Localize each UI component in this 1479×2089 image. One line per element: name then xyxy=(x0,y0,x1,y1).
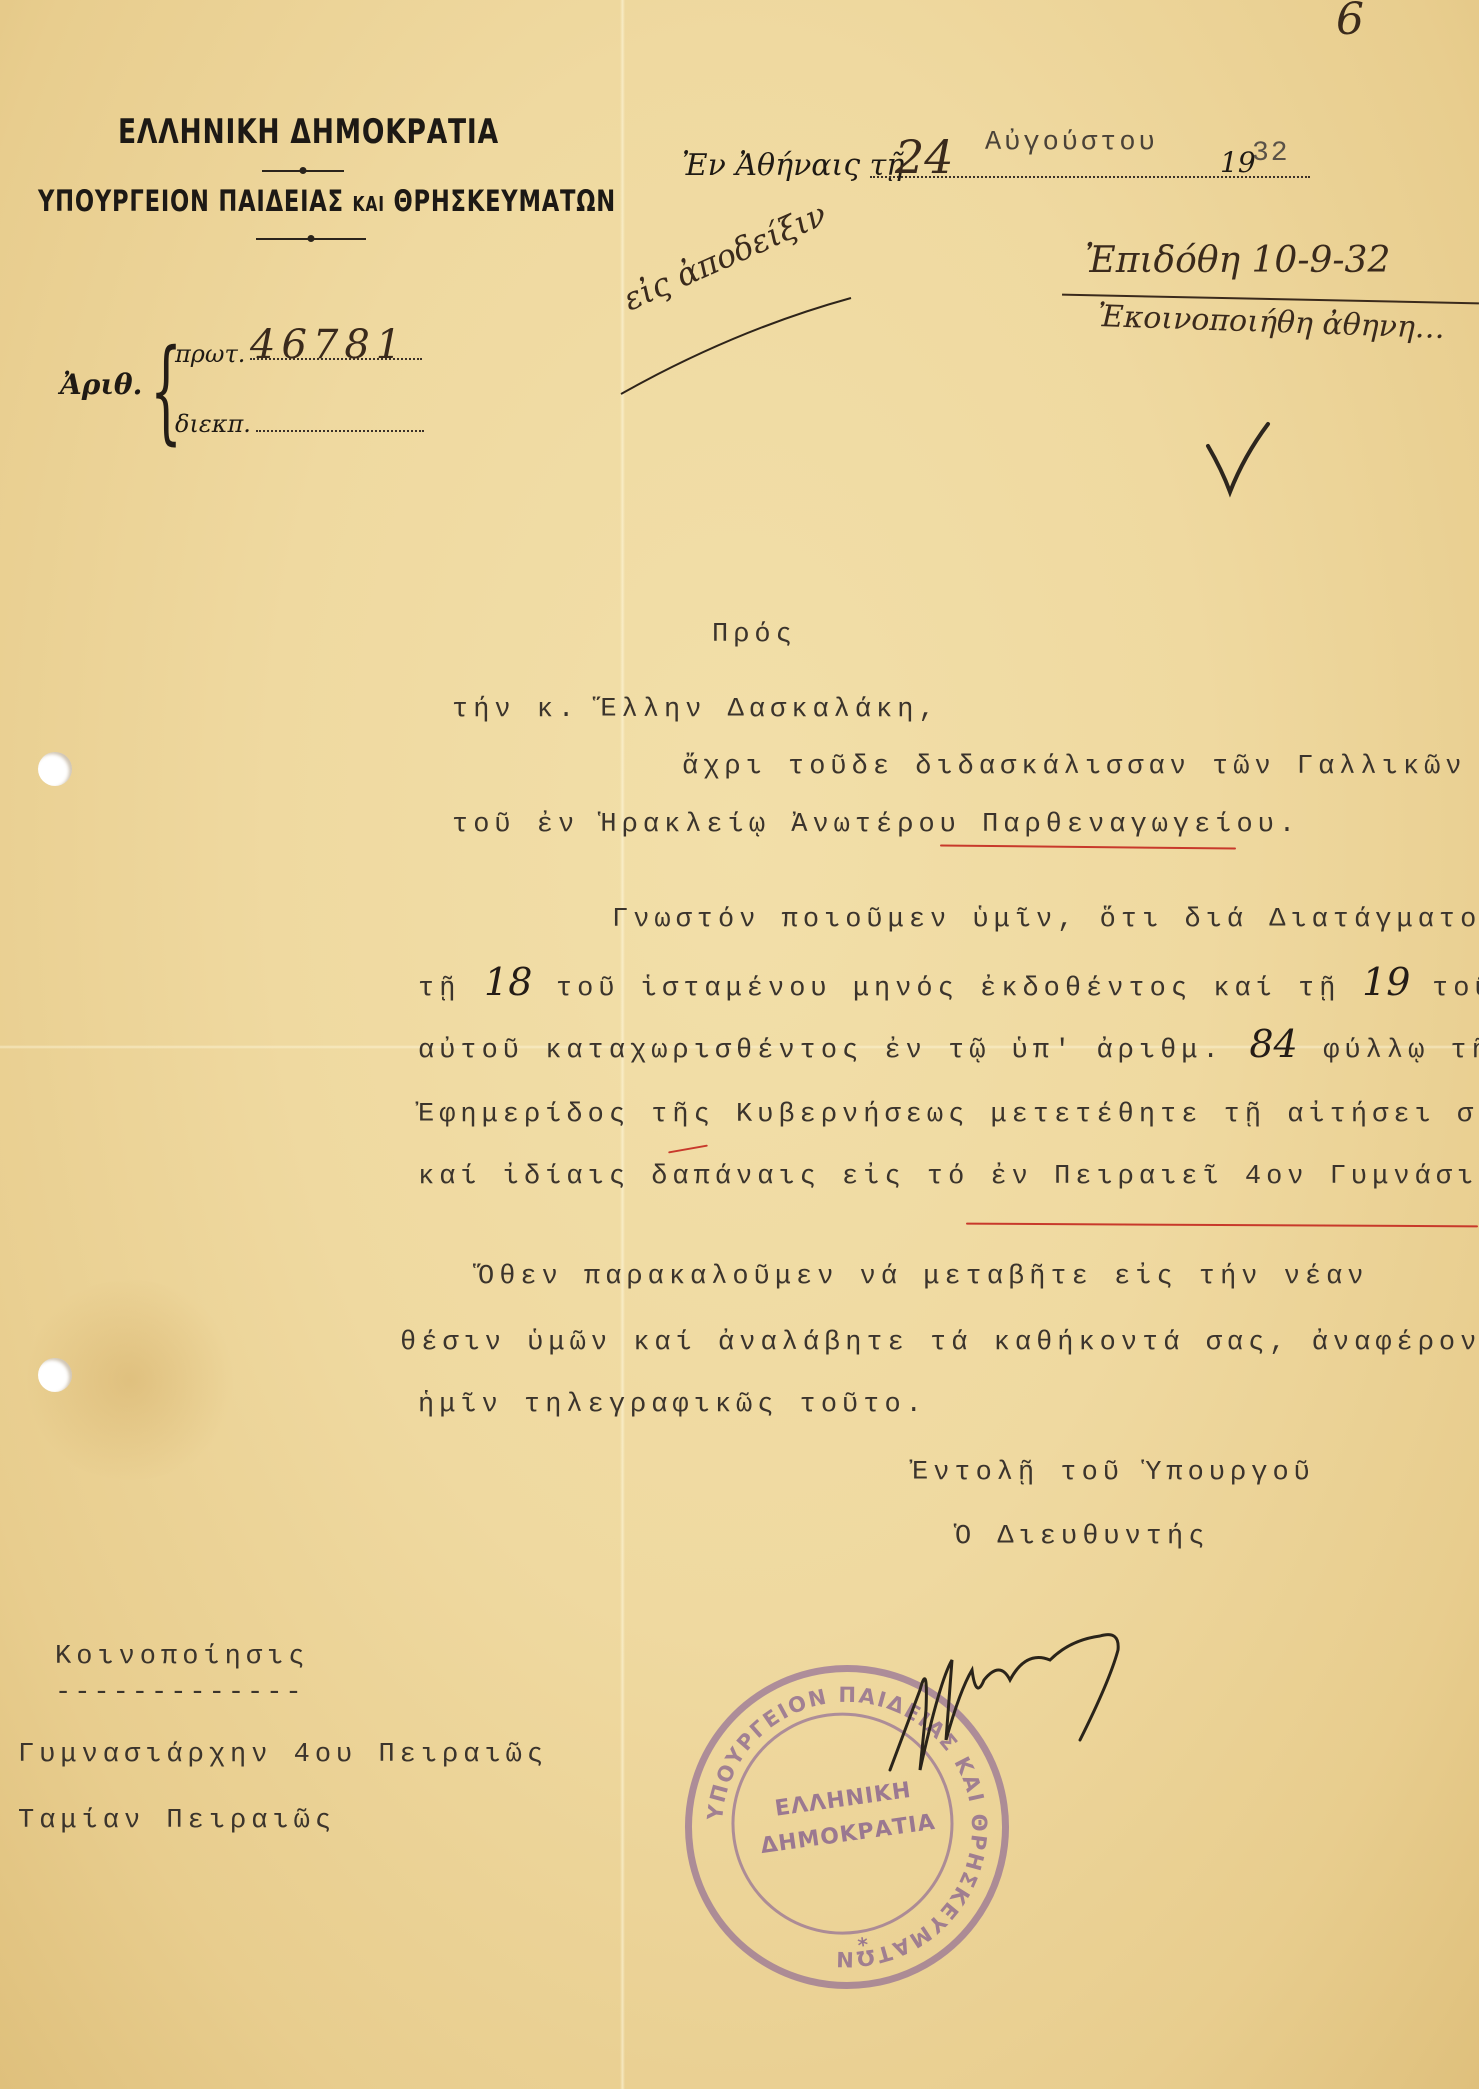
ornament-divider xyxy=(262,170,344,172)
addressee-role: ἄχρι τοῦδε διδασκάλισσαν τῶν Γαλλικῶν xyxy=(682,752,1467,782)
punch-hole-bottom xyxy=(38,1358,72,1392)
body-line: ἡμῖν τηλεγραφικῶς τοῦτο. xyxy=(418,1390,927,1420)
copies-recipient: Ταμίαν Πειραιῶς xyxy=(18,1806,336,1836)
date-month: Αὐγούστου xyxy=(985,128,1158,158)
red-underline-school xyxy=(940,844,1236,849)
copies-label: Κοινοποίησις xyxy=(55,1642,309,1672)
handwritten-day-18: 18 xyxy=(484,960,532,1004)
ornament-divider xyxy=(256,238,366,240)
director-signature xyxy=(850,1620,1150,1810)
protocol-label: πρωτ. xyxy=(175,340,245,368)
copies-divider: ------------- xyxy=(55,1678,305,1708)
copies-recipient: Γυμνασιάρχην 4ου Πειραιῶς xyxy=(18,1740,548,1770)
letterhead-ministry: ΥΠΟΥΡΓΕΙΟΝ ΠΑΙΔΕΙΑΣ ΚΑΙ ΘΡΗΣΚΕΥΜΑΤΩΝ xyxy=(38,184,616,218)
punch-hole-top xyxy=(38,752,72,786)
handwritten-gazette-number: 84 xyxy=(1249,1022,1297,1066)
red-arrow-mark xyxy=(668,1145,708,1154)
handwritten-note-delivered: Ἐπιδόθη 10-9-32 xyxy=(1085,240,1390,281)
body-line: θέσιν ὑμῶν καί ἀναλάβητε τά καθήκοντά σα… xyxy=(400,1328,1479,1358)
body-line: αὐτοῦ καταχωρισθέντος ἐν τῷ ὑπ' ἀριθμ. 8… xyxy=(418,1022,1479,1066)
protocol-number: 46781 xyxy=(250,322,407,368)
body-line: Ὅθεν παρακαλοῦμεν νά μεταβῆτε εἰς τήν νέ… xyxy=(478,1262,1369,1292)
diekp-label: διεκπ. xyxy=(175,410,251,438)
date-year-suffix: 32 xyxy=(1252,138,1290,169)
page-number: 6 xyxy=(1336,0,1364,45)
body-line: τῇ 18 τοῦ ἱσταμένου μηνός ἐκδοθέντος καί… xyxy=(418,960,1479,1004)
closing-order-line: Ἐντολῇ τοῦ Ὑπουργοῦ xyxy=(912,1458,1315,1488)
body-line: Γνωστόν ποιοῦμεν ὑμῖν, ὅτι διά Διατάγματ… xyxy=(612,905,1479,935)
date-day: 24 xyxy=(895,130,954,184)
addressee-school: τοῦ ἐν Ἡρακλείῳ Ἀνωτέρου Παρθεναγωγείου. xyxy=(452,810,1300,840)
body-line: καί ἰδίαις δαπάναις εἰς τό ἐν Πειραιεῖ 4… xyxy=(418,1162,1479,1192)
diekp-dotted-line xyxy=(256,430,424,432)
date-year-prefix: 19 xyxy=(1220,146,1256,179)
letterhead-title: ΕΛΛΗΝΙΚΗ ΔΗΜΟΚΡΑΤΙΑ xyxy=(118,112,499,152)
red-underline-school-new xyxy=(966,1223,1478,1228)
body-line: Ἐφημερίδος τῆς Κυβερνήσεως μετετέθητε τῇ… xyxy=(418,1100,1479,1130)
closing-director-line: Ὁ Διευθυντής xyxy=(955,1522,1209,1552)
handwritten-underline-left xyxy=(615,290,855,400)
addressee-name: τήν κ. Ἕλλην Δασκαλάκη, xyxy=(452,695,940,725)
handwritten-note-notified: Ἐκοινοποιήθη ἀθηνη… xyxy=(1097,299,1445,346)
to-label: Πρός xyxy=(712,620,797,650)
checkmark-icon xyxy=(1200,420,1280,500)
reference-label: Ἀριθ. xyxy=(60,368,142,401)
handwritten-day-19: 19 xyxy=(1362,960,1410,1004)
